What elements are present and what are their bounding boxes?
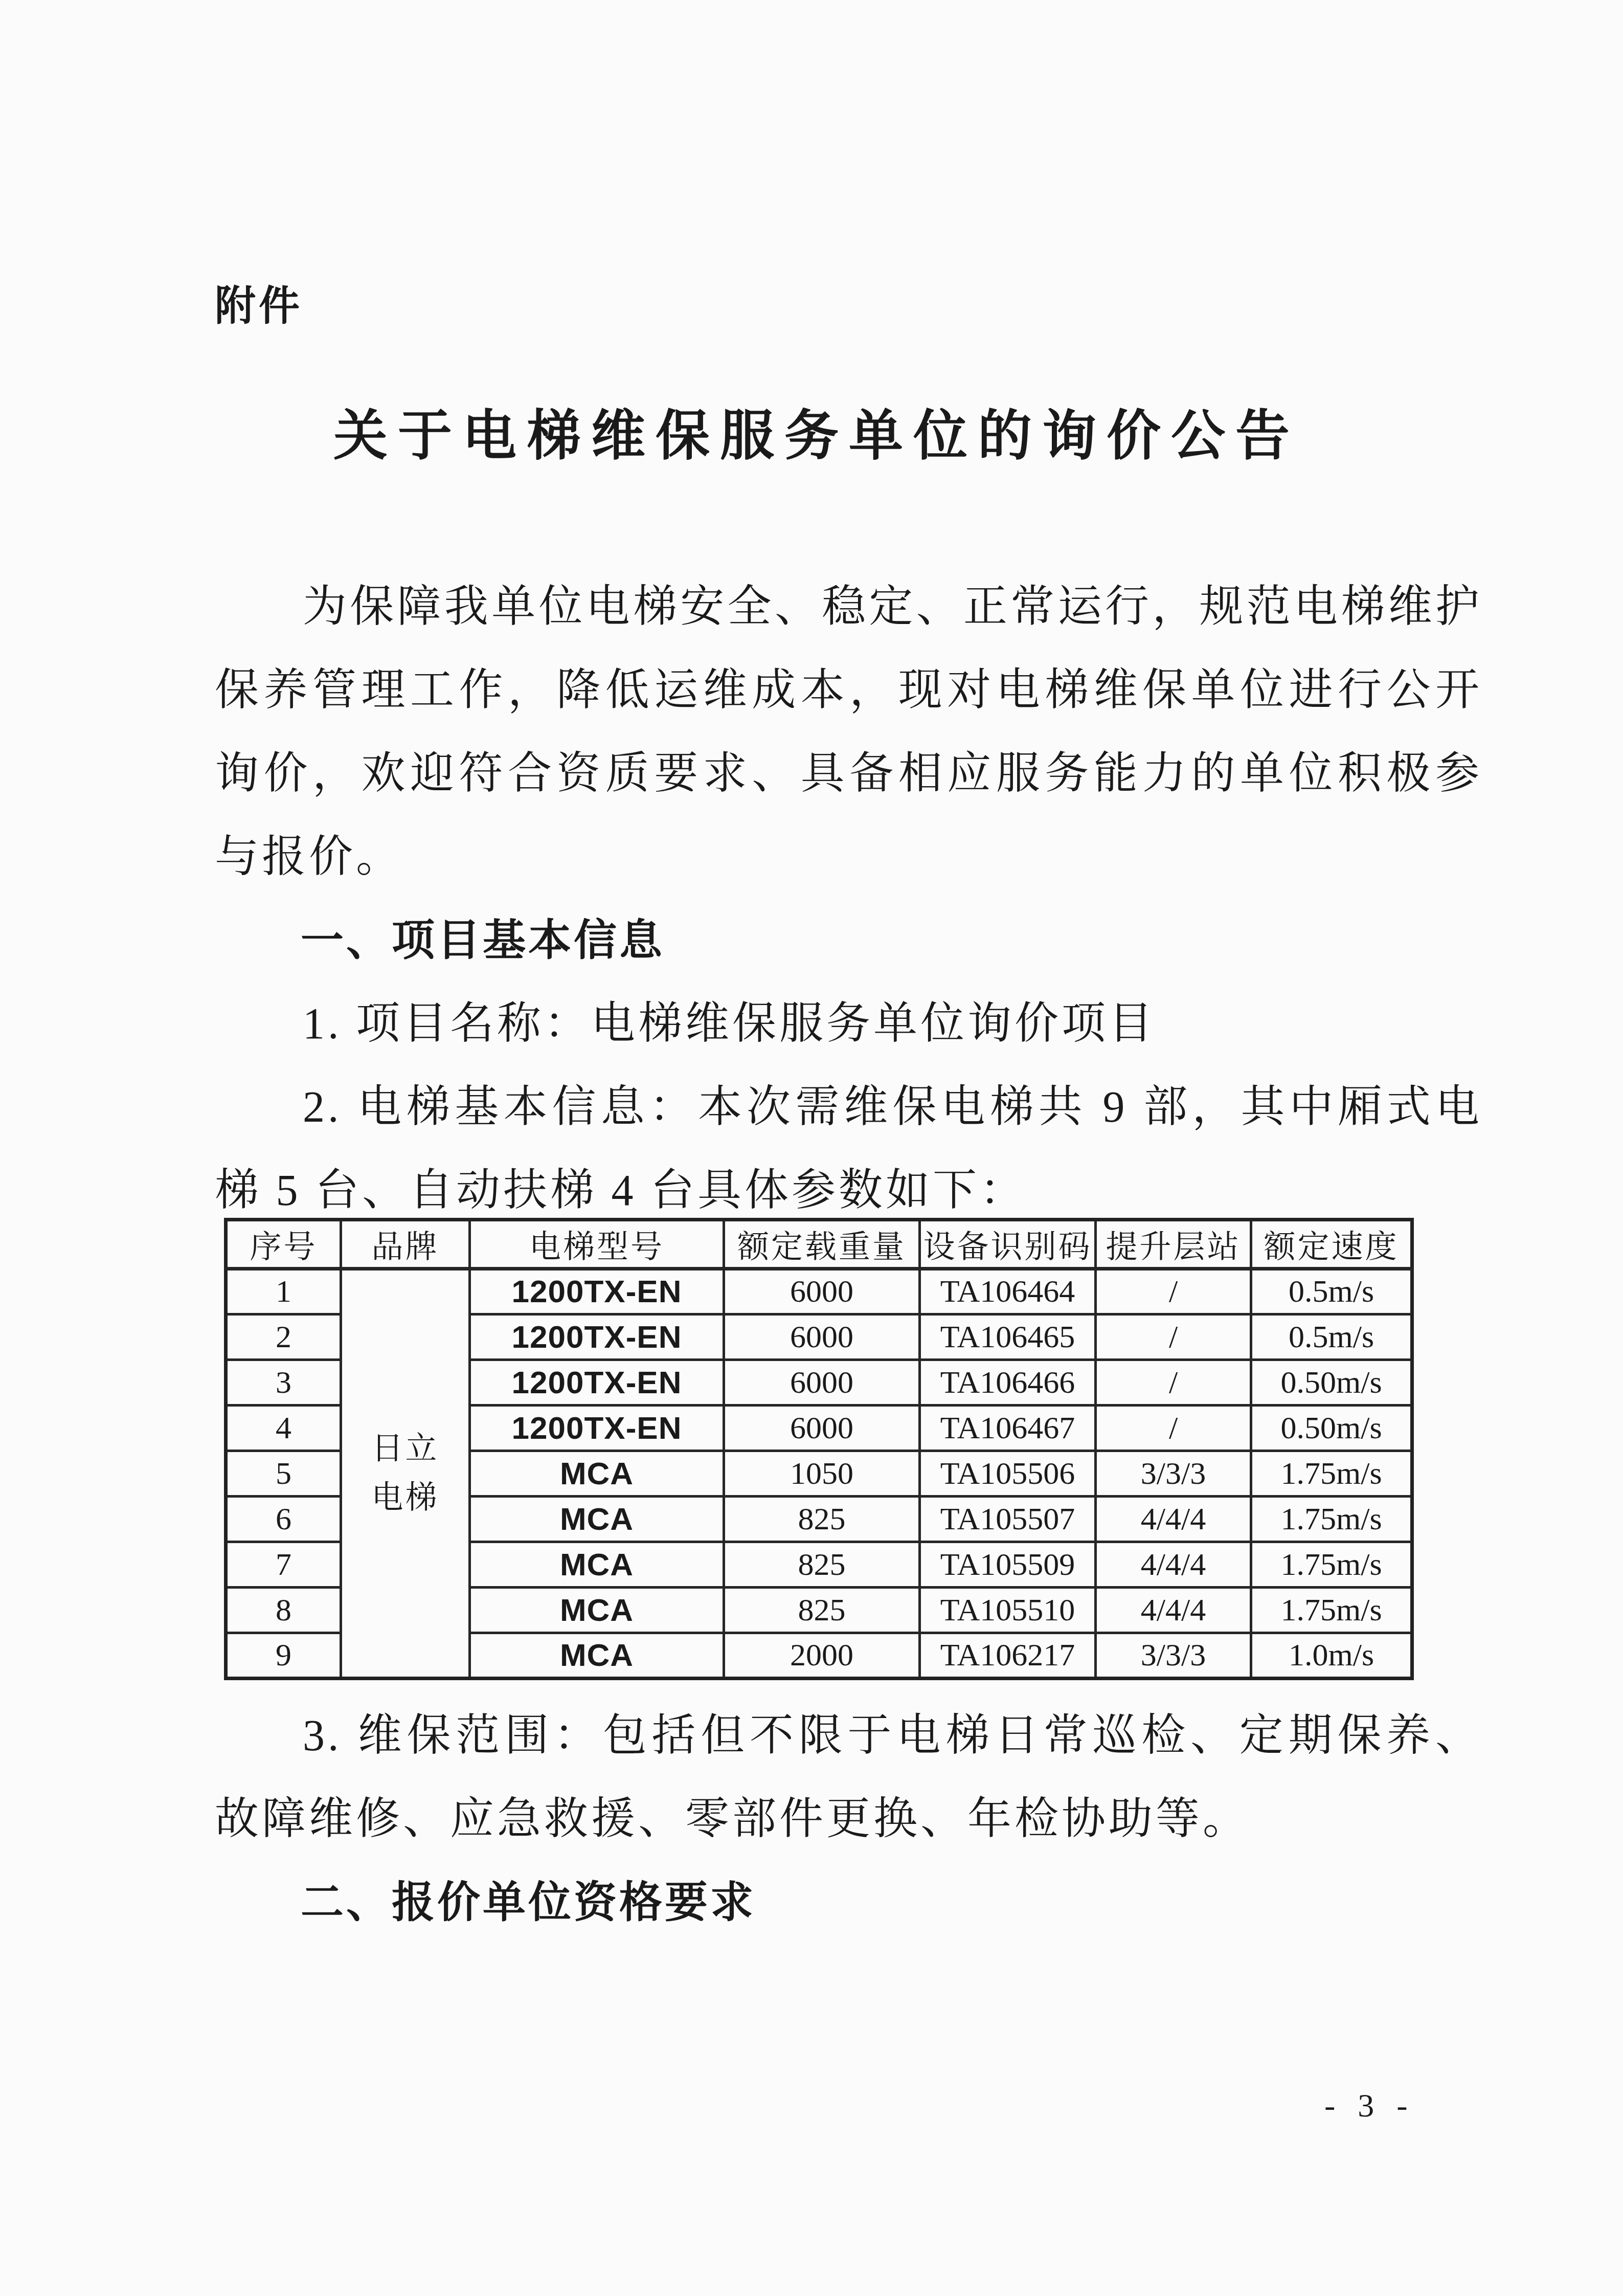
cell-model: 1200TX-EN	[470, 1314, 724, 1360]
cell-speed: 0.50m/s	[1251, 1360, 1412, 1406]
cell-brand: 日立 电梯	[341, 1269, 470, 1679]
cell-floors: /	[1096, 1269, 1251, 1314]
item-project-name: 1. 项目名称：电梯维保服务单位询价项目	[215, 982, 1482, 1065]
cell-device-id: TA106465	[920, 1314, 1096, 1360]
cell-serial: 4	[226, 1406, 341, 1451]
cell-device-id: TA106467	[920, 1406, 1096, 1451]
cell-model: MCA	[470, 1633, 724, 1679]
cell-speed: 1.0m/s	[1251, 1633, 1412, 1679]
cell-load: 1050	[724, 1451, 920, 1497]
header-device-id: 设备识别码	[920, 1220, 1096, 1269]
cell-floors: /	[1096, 1360, 1251, 1406]
cell-model: MCA	[470, 1542, 724, 1588]
table-header-row: 序号 品牌 电梯型号 额定载重量 设备识别码 提升层站 额定速度	[226, 1220, 1412, 1269]
cell-device-id: TA105509	[920, 1542, 1096, 1588]
cell-load: 825	[724, 1588, 920, 1633]
item-elevator-info: 2. 电梯基本信息：本次需维保电梯共 9 部，其中厢式电梯 5 台、自动扶梯 4…	[215, 1065, 1482, 1232]
cell-model: MCA	[470, 1588, 724, 1633]
cell-serial: 1	[226, 1269, 341, 1314]
header-rated-load: 额定载重量	[724, 1220, 920, 1269]
cell-serial: 2	[226, 1314, 341, 1360]
attachment-label: 附件	[215, 0, 1482, 332]
cell-model: 1200TX-EN	[470, 1360, 724, 1406]
cell-device-id: TA105507	[920, 1497, 1096, 1542]
cell-device-id: TA106464	[920, 1269, 1096, 1314]
cell-serial: 7	[226, 1542, 341, 1588]
cell-speed: 1.75m/s	[1251, 1588, 1412, 1633]
cell-load: 6000	[724, 1269, 920, 1314]
cell-device-id: TA105506	[920, 1451, 1096, 1497]
cell-serial: 8	[226, 1588, 341, 1633]
cell-load: 825	[724, 1497, 920, 1542]
section-1-heading: 一、项目基本信息	[215, 899, 1482, 982]
cell-speed: 0.5m/s	[1251, 1269, 1412, 1314]
cell-speed: 1.75m/s	[1251, 1497, 1412, 1542]
section-2-heading: 二、报价单位资格要求	[215, 1861, 1482, 1944]
cell-speed: 0.50m/s	[1251, 1406, 1412, 1451]
cell-load: 2000	[724, 1633, 920, 1679]
cell-serial: 6	[226, 1497, 341, 1542]
cell-model: 1200TX-EN	[470, 1406, 724, 1451]
brand-line-1: 日立	[342, 1424, 468, 1474]
cell-device-id: TA106466	[920, 1360, 1096, 1406]
cell-model: MCA	[470, 1497, 724, 1542]
header-rated-speed: 额定速度	[1251, 1220, 1412, 1269]
cell-floors: 3/3/3	[1096, 1451, 1251, 1497]
cell-floors: 4/4/4	[1096, 1497, 1251, 1542]
elevator-parameters-table: 序号 品牌 电梯型号 额定载重量 设备识别码 提升层站 额定速度 1 日立 电梯…	[224, 1218, 1414, 1680]
cell-load: 6000	[724, 1360, 920, 1406]
cell-floors: 3/3/3	[1096, 1633, 1251, 1679]
document-title: 关于电梯维保服务单位的询价公告	[61, 402, 1562, 471]
brand-line-2: 电梯	[342, 1474, 468, 1523]
cell-floors: 4/4/4	[1096, 1542, 1251, 1588]
cell-load: 825	[724, 1542, 920, 1588]
cell-device-id: TA106217	[920, 1633, 1096, 1679]
cell-serial: 5	[226, 1451, 341, 1497]
header-floors: 提升层站	[1096, 1220, 1251, 1269]
cell-model: 1200TX-EN	[470, 1269, 724, 1314]
cell-floors: /	[1096, 1314, 1251, 1360]
cell-serial: 3	[226, 1360, 341, 1406]
cell-floors: 4/4/4	[1096, 1588, 1251, 1633]
cell-speed: 1.75m/s	[1251, 1451, 1412, 1497]
intro-paragraph: 为保障我单位电梯安全、稳定、正常运行，规范电梯维护保养管理工作，降低运维成本，现…	[215, 565, 1482, 899]
page-number: - 3 -	[1324, 2087, 1415, 2125]
cell-model: MCA	[470, 1451, 724, 1497]
cell-load: 6000	[724, 1314, 920, 1360]
cell-speed: 0.5m/s	[1251, 1314, 1412, 1360]
document-page: 附件 关于电梯维保服务单位的询价公告 为保障我单位电梯安全、稳定、正常运行，规范…	[0, 0, 1623, 2296]
cell-load: 6000	[724, 1406, 920, 1451]
cell-serial: 9	[226, 1633, 341, 1679]
cell-device-id: TA105510	[920, 1588, 1096, 1633]
table-row: 1 日立 电梯 1200TX-EN 6000 TA106464 / 0.5m/s	[226, 1269, 1412, 1314]
cell-floors: /	[1096, 1406, 1251, 1451]
cell-speed: 1.75m/s	[1251, 1542, 1412, 1588]
item-maintenance-scope: 3. 维保范围：包括但不限于电梯日常巡检、定期保养、故障维修、应急救援、零部件更…	[215, 1694, 1482, 1861]
